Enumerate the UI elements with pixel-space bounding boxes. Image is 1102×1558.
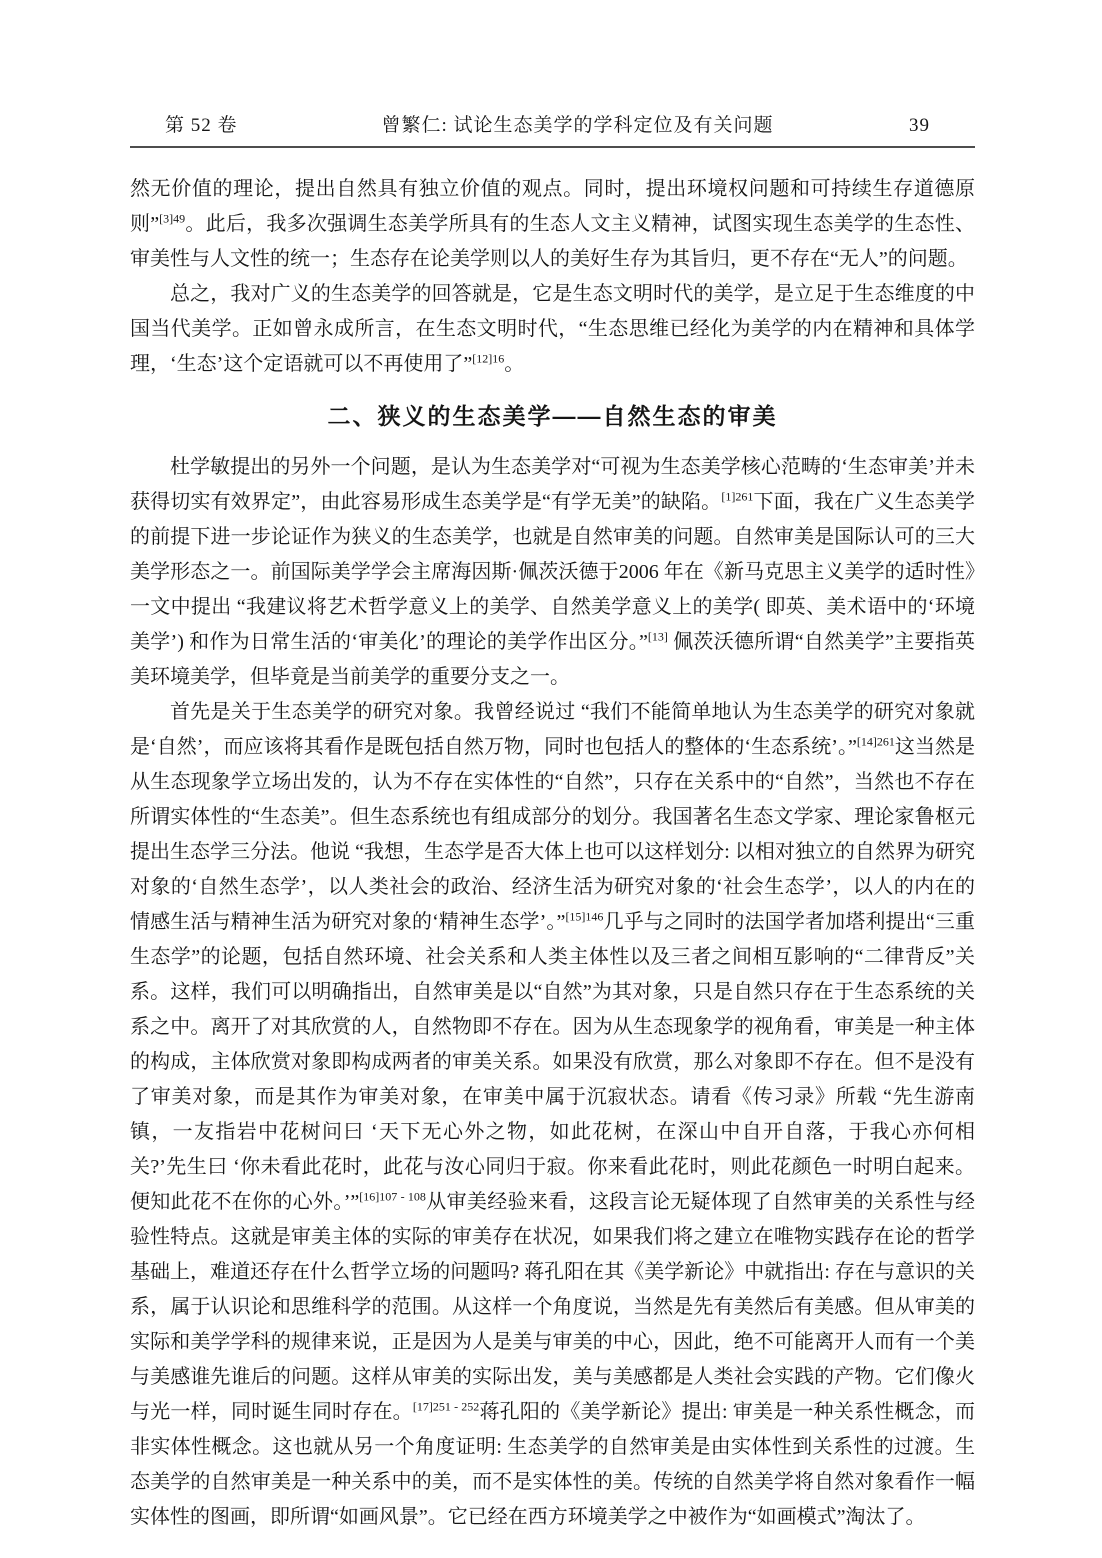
running-title: 曾繁仁: 试论生态美学的学科定位及有关问题 [300, 110, 855, 137]
citation-superscript: [15]146 [565, 909, 603, 923]
volume-label: 第 52 卷 [130, 110, 300, 137]
paragraph: 然无价值的理论，提出自然具有独立价值的观点。同时，提出环境权问题和可持续生存道德… [130, 172, 975, 277]
citation-superscript: [1]261 [721, 489, 753, 503]
paragraph: 杜学敏提出的另外一个问题，是认为生态美学对“可视为生态美学核心范畴的‘生态审美’… [130, 450, 975, 695]
paragraph: 首先是关于生态美学的研究对象。我曾经说过 “我们不能简单地认为生态美学的研究对象… [130, 695, 975, 1535]
page-number: 39 [855, 115, 975, 137]
citation-superscript: [16]107 - 108 [359, 1189, 426, 1203]
section-heading: 二、狭义的生态美学——自然生态的审美 [130, 399, 975, 434]
page-background: { "header": { "volume": "第 52 卷", "runni… [0, 0, 1102, 1558]
paper-page: 第 52 卷 曾繁仁: 试论生态美学的学科定位及有关问题 39 然无价值的理论，… [130, 110, 975, 1535]
citation-superscript: [13] [648, 629, 668, 643]
citation-superscript: [3]49 [159, 211, 185, 225]
citation-superscript: [12]16 [472, 351, 504, 365]
paragraph: 总之，我对广义的生态美学的回答就是，它是生态文明时代的美学，是立足于生态维度的中… [130, 277, 975, 382]
citation-superscript: [17]251 - 252 [413, 1399, 479, 1413]
article-body: 然无价值的理论，提出自然具有独立价值的观点。同时，提出环境权问题和可持续生存道德… [130, 172, 975, 1535]
header-rule [130, 146, 975, 148]
page-header: 第 52 卷 曾繁仁: 试论生态美学的学科定位及有关问题 39 [130, 110, 975, 137]
citation-superscript: [14]261 [857, 734, 895, 748]
